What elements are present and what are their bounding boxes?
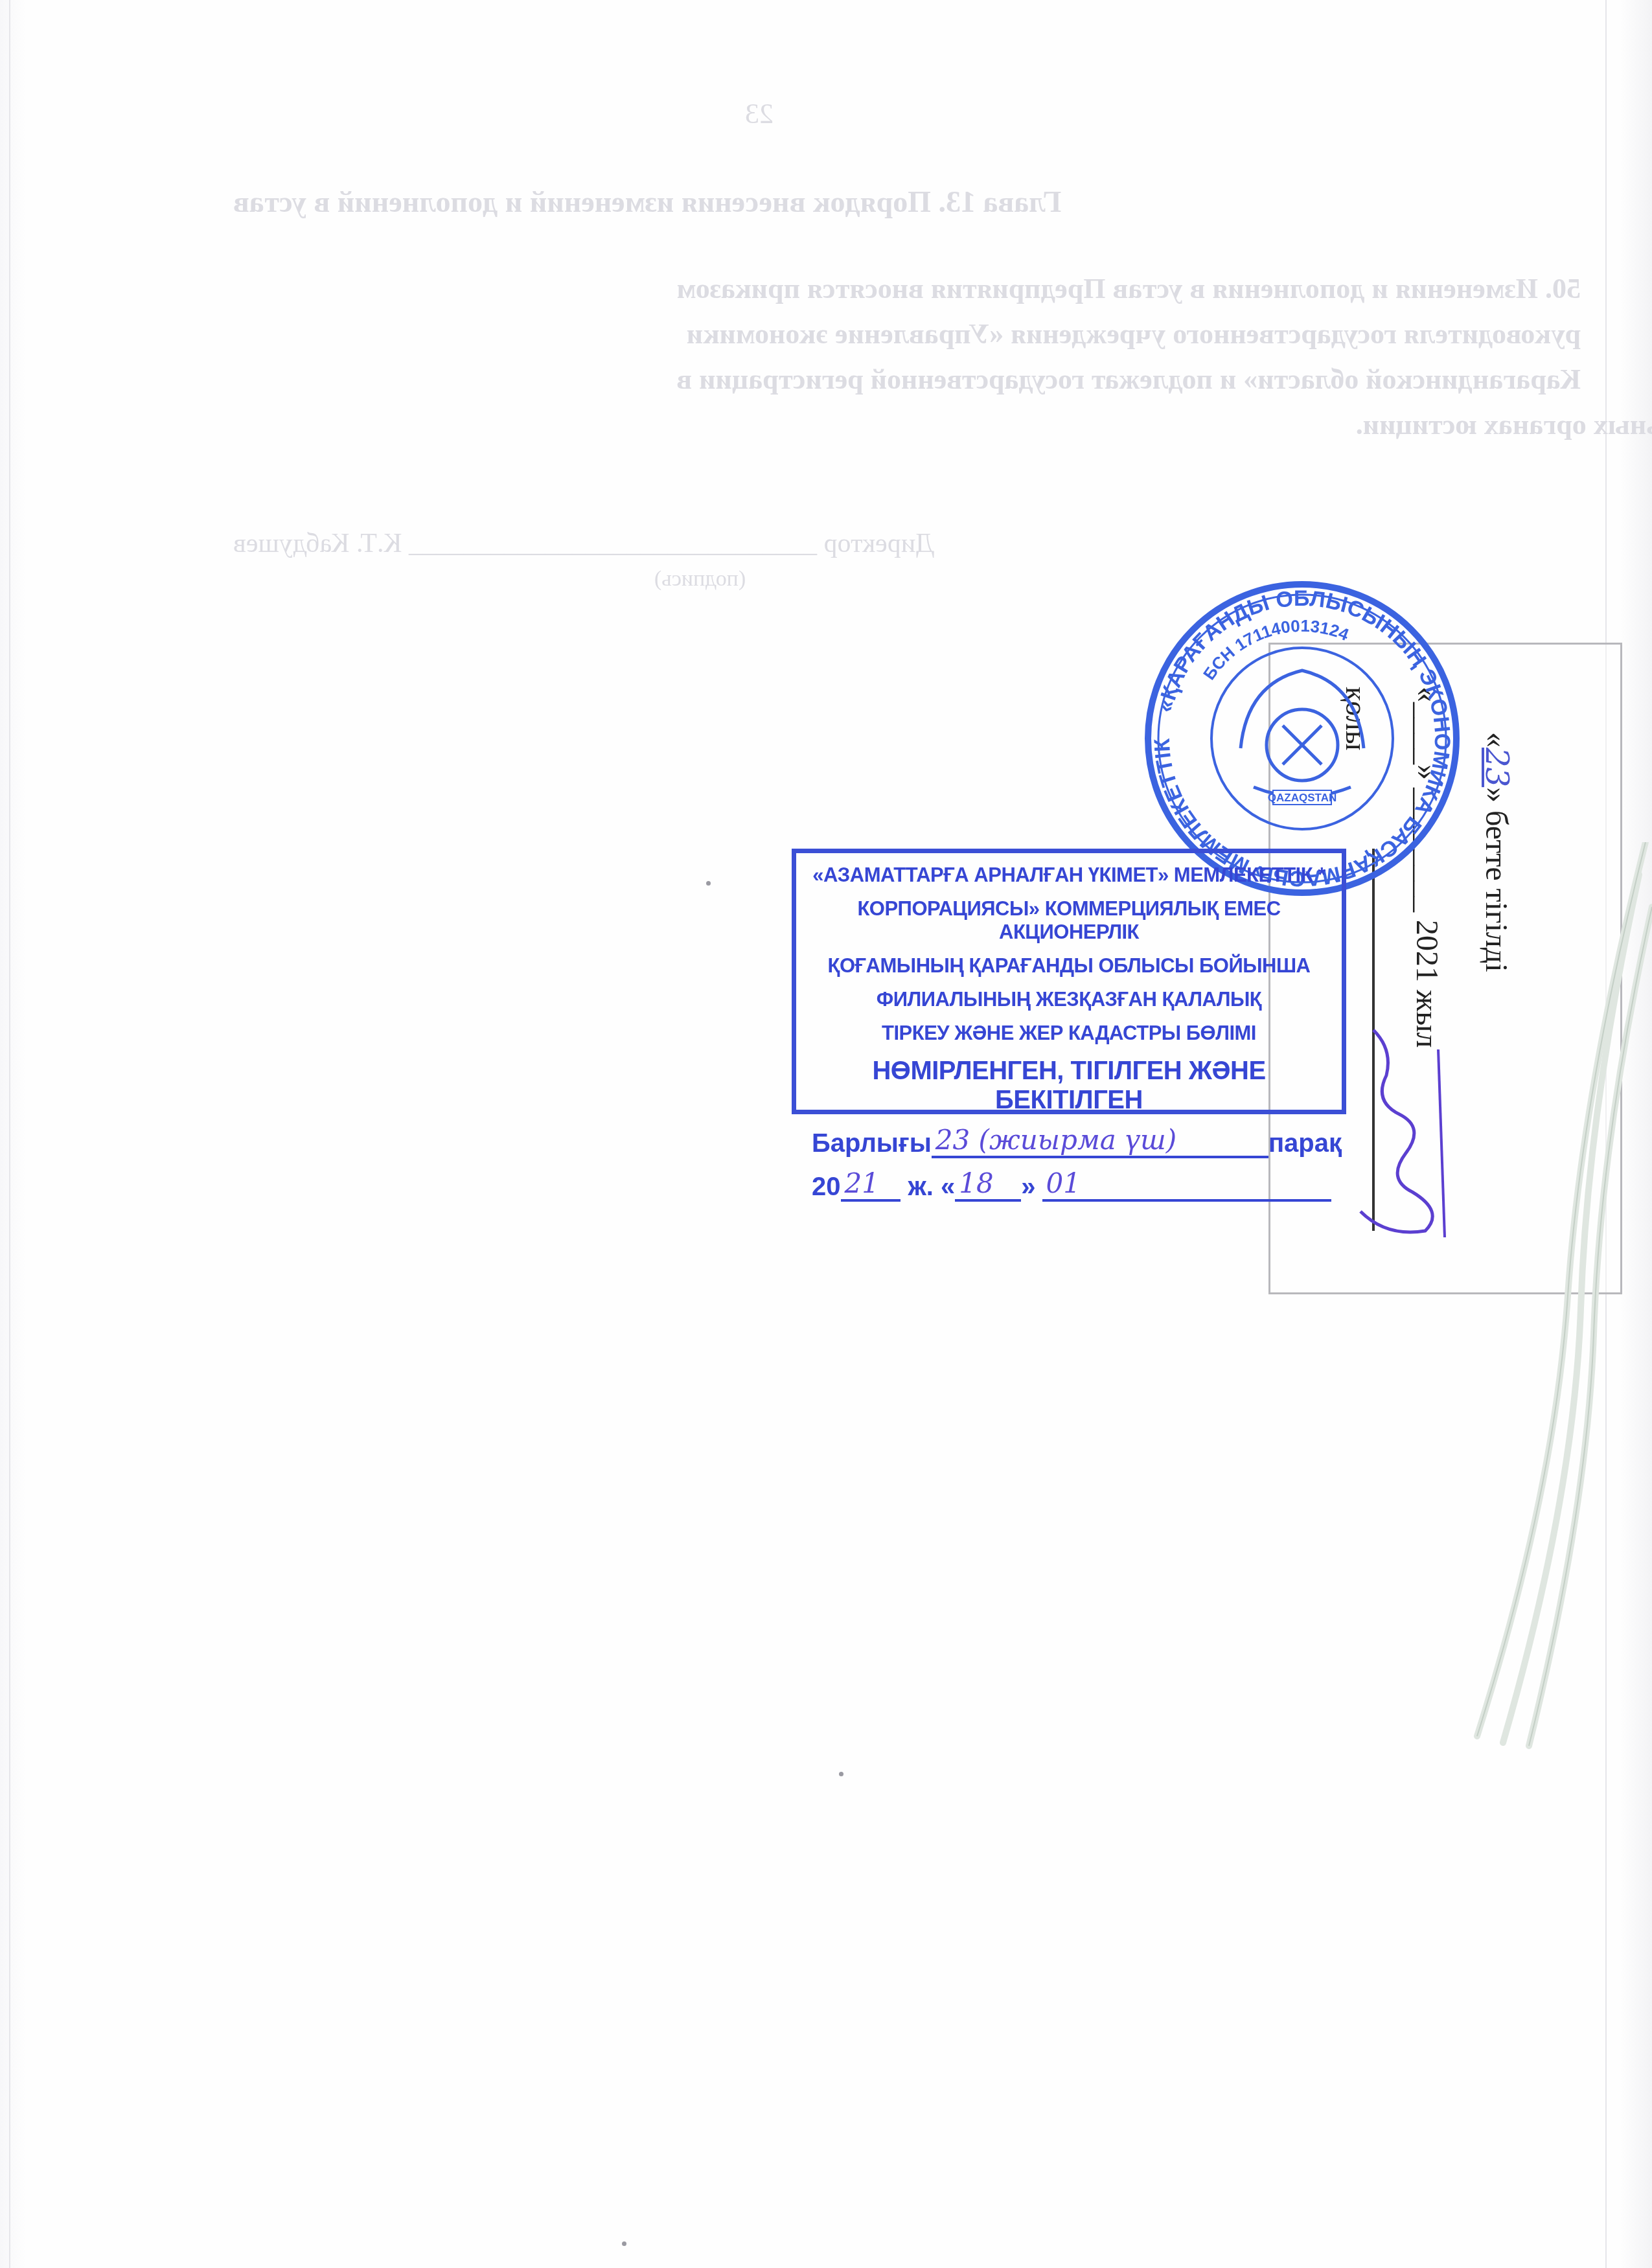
stamp-total-value: 23 (жиырма үш) <box>932 1124 1268 1158</box>
bleed-paragraph-line: 50. Изменения и дополнения в устав Предп… <box>155 272 1581 305</box>
stamp-year-value: 21 <box>841 1167 901 1202</box>
handwritten-signature <box>1348 1024 1464 1244</box>
stamp-org-line: ФИЛИАЛЫНЫҢ ЖЕЗҚАЗҒАН ҚАЛАЛЫҚ <box>796 988 1342 1011</box>
stamp-day-close: » <box>1021 1173 1035 1202</box>
speck <box>839 1772 843 1776</box>
bleed-paragraph-line: территориальных органах юстиции. <box>402 408 1652 441</box>
bleed-heading: Глава 13. Порядок внесения изменений и д… <box>233 185 1061 219</box>
stamp-org-line: «АЗАМАТТАРҒА АРНАЛҒАН ҮКІМЕТ» МЕМЛЕКЕТТІ… <box>796 864 1342 887</box>
seal-emblem-text: QAZAQSTAN <box>1268 792 1337 804</box>
speck <box>622 2241 626 2246</box>
stamp-title: НӨМІРЛЕНГЕН, ТІГІЛГЕН ЖӘНЕ БЕКІТІЛГЕН <box>796 1057 1342 1115</box>
bleed-paragraph-line: Карагандинской области» и подлежат госуд… <box>155 363 1581 396</box>
page-edge-left <box>9 0 10 2268</box>
stamp-total-unit: парақ <box>1268 1129 1342 1158</box>
document-page: 23 Глава 13. Порядок внесения изменений … <box>0 0 1652 2268</box>
bleed-page-number: 23 <box>745 97 774 130</box>
bleed-signature-caption: (подпись) <box>654 567 746 591</box>
stamp-date-row: 20 21 ж. « 18 » 01 <box>796 1167 1342 1202</box>
stamp-month-value: 01 <box>1042 1167 1331 1202</box>
bleed-director-line: Директор ______________________________ … <box>233 528 934 559</box>
stamp-org-line: ТІРКЕУ ЖӘНЕ ЖЕР КАДАСТРЫ БӨЛІМІ <box>796 1022 1342 1045</box>
stamp-year-suffix: ж. « <box>908 1173 956 1202</box>
bleed-paragraph-line: руководителя государственного учреждения… <box>155 317 1581 350</box>
stamp-total-label: Барлығы <box>812 1129 932 1158</box>
stamp-total-row: Барлығы 23 (жиырма үш) парақ <box>796 1124 1342 1158</box>
kazakhstan-emblem-icon <box>1241 670 1364 797</box>
stamp-org-line: ҚОҒАМЫНЫҢ ҚАРАҒАНДЫ ОБЛЫСЫ БОЙЫНША <box>796 954 1342 978</box>
stamp-year-prefix: 20 <box>812 1173 841 1202</box>
binding-thread <box>1451 842 1652 1749</box>
binding-pages-value: 23 <box>1478 748 1515 787</box>
registration-stamp: «АЗАМАТТАРҒА АРНАЛҒАН ҮКІМЕТ» МЕМЛЕКЕТТІ… <box>792 849 1346 1114</box>
stamp-org-line: КОРПОРАЦИЯСЫ» КОММЕРЦИЯЛЫҚ ЕМЕС АКЦИОНЕР… <box>796 897 1342 944</box>
speck <box>706 881 711 886</box>
stamp-day-value: 18 <box>955 1167 1021 1202</box>
